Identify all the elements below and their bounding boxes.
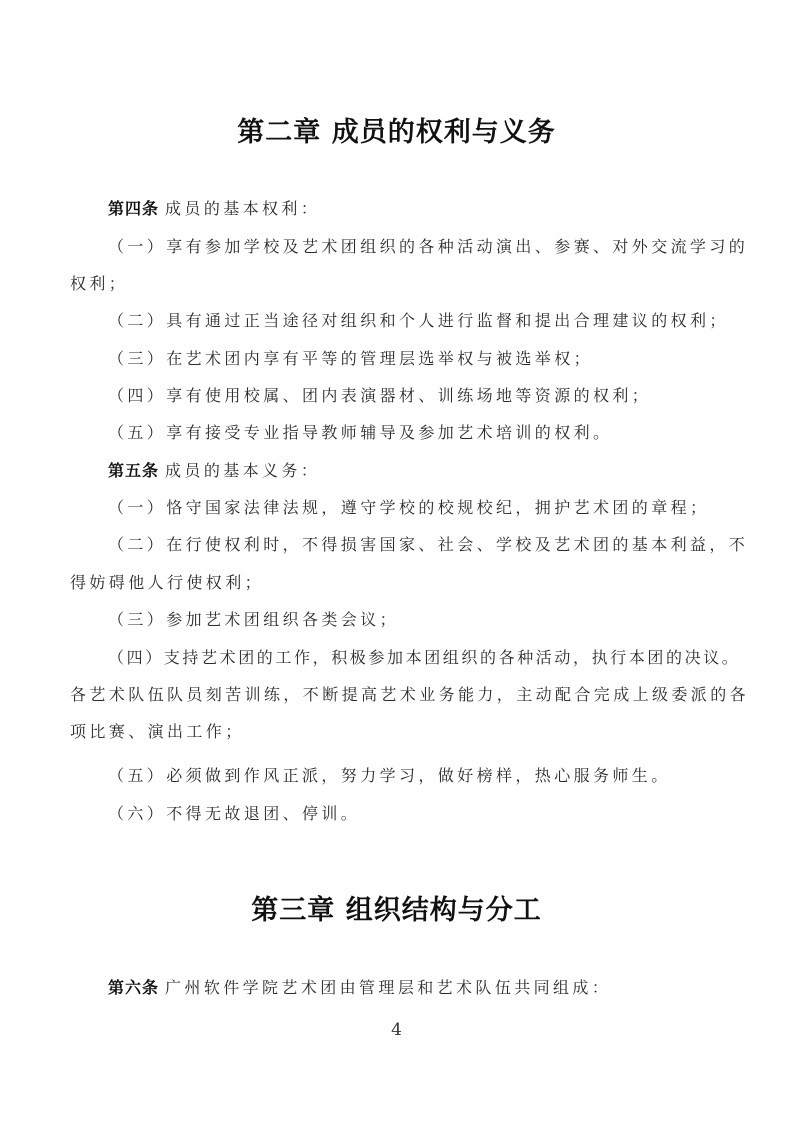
article-5-heading: 第五条成员的基本义务： xyxy=(108,458,320,481)
article-4-heading: 第四条成员的基本权利： xyxy=(108,196,320,219)
article-4-item-4: （四）享有使用校属、团内表演器材、训练场地等资源的权利； xyxy=(108,383,651,406)
article-6-text: 广州软件学院艺术团由管理层和艺术队伍共同组成： xyxy=(165,978,611,997)
article-6-heading: 第六条广州软件学院艺术团由管理层和艺术队伍共同组成： xyxy=(108,975,611,998)
article-4-item-1-cont: 权利； xyxy=(70,271,128,294)
article-4-item-5: （五）享有接受专业指导教师辅导及参加艺术培训的权利。 xyxy=(108,420,612,443)
article-5-item-4-cont-2: 项比赛、演出工作； xyxy=(70,719,245,742)
article-5-text: 成员的基本义务： xyxy=(165,461,320,480)
article-4-item-2: （二）具有通过正当途径对组织和个人进行监督和提出合理建议的权利； xyxy=(108,308,729,331)
article-5-item-1: （一）恪守国家法律法规，遵守学校的校规校纪，拥护艺术团的章程； xyxy=(108,495,709,518)
chapter-2-title: 第二章 成员的权利与义务 xyxy=(0,110,793,149)
page-number: 4 xyxy=(0,1020,793,1040)
article-5-item-2-cont: 得妨碍他人行使权利； xyxy=(70,570,264,593)
article-5-item-6: （六）不得无故退团、停训。 xyxy=(108,801,360,824)
article-4-item-1: （一）享有参加学校及艺术团组织的各种活动演出、参赛、对外交流学习的 xyxy=(108,234,748,257)
chapter-3-title: 第三章 组织结构与分工 xyxy=(0,888,793,927)
article-5-item-4: （四）支持艺术团的工作，积极参加本团组织的各种活动，执行本团的决议。 xyxy=(108,645,740,668)
article-4-text: 成员的基本权利： xyxy=(165,199,320,218)
article-4-label: 第四条 xyxy=(108,199,159,218)
article-5-item-3: （三）参加艺术团组织各类会议； xyxy=(108,607,399,630)
article-5-item-4-cont-1: 各艺术队伍队员刻苦训练，不断提高艺术业务能力，主动配合完成上级委派的各 xyxy=(70,682,749,705)
article-5-label: 第五条 xyxy=(108,461,159,480)
article-5-item-5: （五）必须做到作风正派，努力学习，做好榜样，热心服务师生。 xyxy=(108,763,671,786)
article-5-item-2: （二）在行使权利时，不得损害国家、社会、学校及艺术团的基本利益，不 xyxy=(108,532,748,555)
article-4-item-3: （三）在艺术团内享有平等的管理层选举权与被选举权； xyxy=(108,346,593,369)
article-6-label: 第六条 xyxy=(108,978,159,997)
